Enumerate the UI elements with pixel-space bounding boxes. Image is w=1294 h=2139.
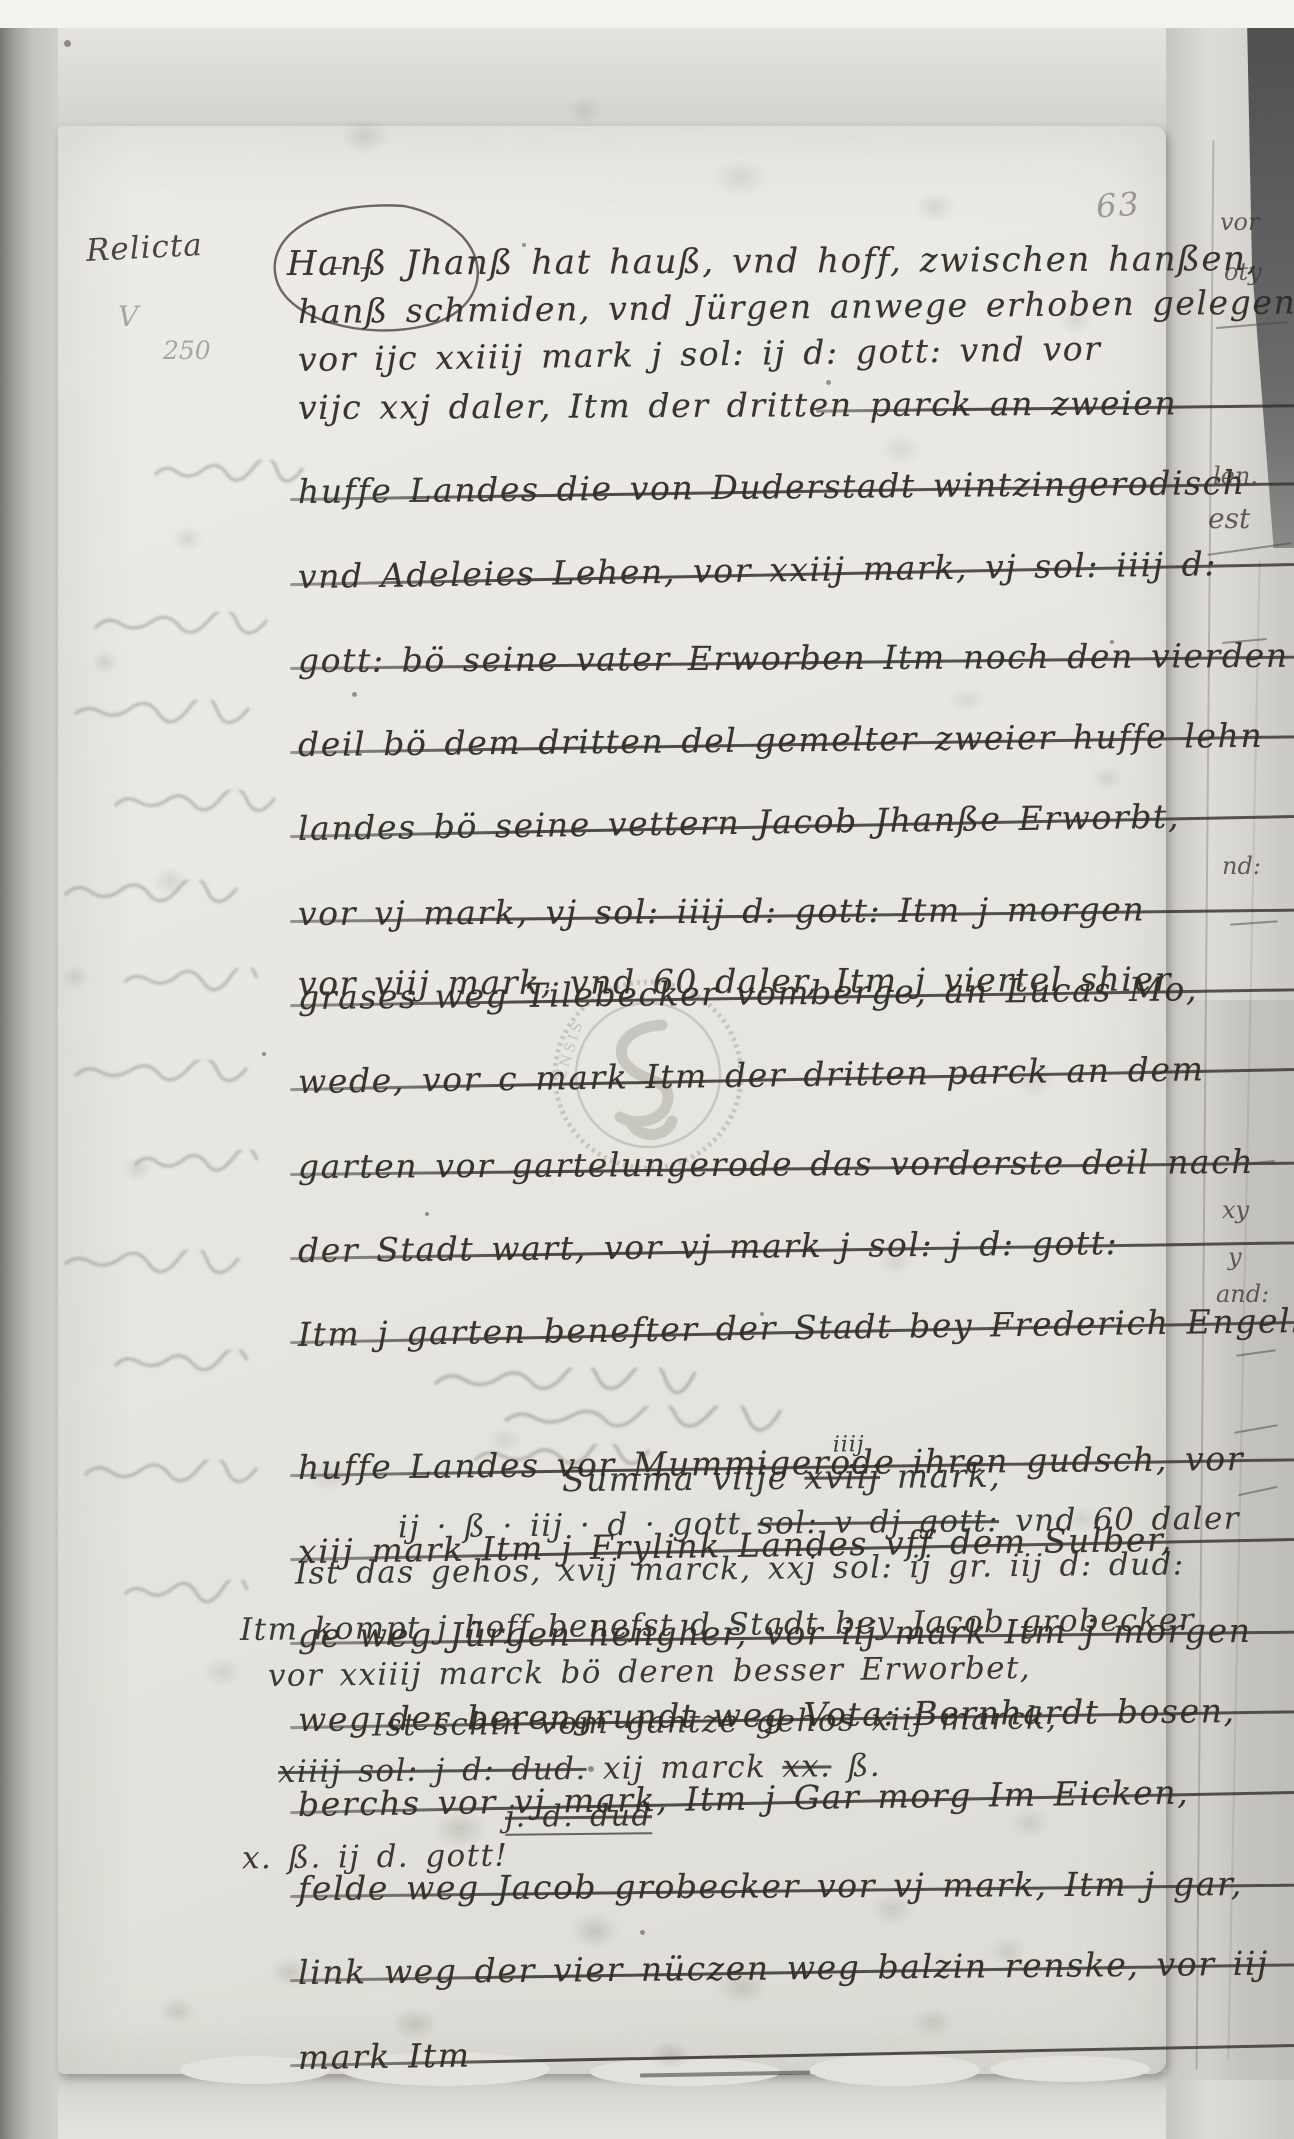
page-fragment: and:: [1216, 1280, 1269, 1308]
final-struck-line: j. d. dud: [505, 1799, 652, 1836]
manuscript-line: wede, vor c mark Itm der dritten parck a…: [298, 1046, 1294, 1100]
page-fragment: xy: [1222, 1196, 1249, 1224]
manuscript-line: vor viij mark, vnd 60 daler, Itm j viert…: [298, 961, 1172, 1002]
manuscript-line: vor vj mark, vj sol: iiij d: gott: Itm j…: [298, 889, 1294, 932]
page-fragment: est: [1208, 502, 1250, 535]
page-fragment: nd:: [1222, 852, 1261, 880]
manuscript-line: gott: bö seine vater Erworben Itm noch d…: [298, 636, 1294, 679]
manuscript-line: mark Itm: [298, 2022, 1294, 2076]
manuscript-line: vnd Adeleies Lehen, vor xxiij mark, vj s…: [298, 541, 1294, 595]
summa-prefix: Summa viijc: [562, 1458, 788, 1499]
page-fragment: len.: [1213, 462, 1258, 490]
summa-suffix: mark,: [897, 1456, 1002, 1496]
manuscript-line: vor ijc xxiiij mark j sol: ij d: gott: v…: [298, 331, 1102, 379]
manuscript-scan: ENSIS 63 Relicta – – V 250 Hanß Jhanß ha…: [0, 0, 1294, 2139]
final-sum-line: xiiij sol: j d: dud. xij marck xx. ß.: [278, 1749, 881, 1789]
summa2-suffix: vnd 60 daler: [1015, 1501, 1240, 1539]
final-struck-2: xx.: [782, 1748, 831, 1785]
manuscript-line: Itm j garten benefter der Stadt bey Fred…: [298, 1299, 1294, 1353]
summa2-prefix: ij · ß · iij · d · gott: [398, 1506, 742, 1546]
manuscript-line: hanß schmiden, vnd Jürgen anwege erhoben…: [298, 284, 1294, 330]
reckoning-line: vor xxiiij marck bö deren besser Erworbe…: [268, 1651, 1031, 1693]
manuscript-line: der Stadt wart, vor vj mark j sol: j d: …: [298, 1221, 1294, 1270]
summa-line: Summa viijc iiij xviij mark,: [562, 1458, 1001, 1499]
summa-struck-value: xviij: [804, 1457, 880, 1497]
manuscript-line: garten vor gartelungerode das vorderste …: [298, 1142, 1294, 1185]
page-fragment: vor: [1220, 208, 1259, 236]
final-total-line: x. ß. ij d. gott!: [242, 1839, 509, 1876]
manuscript-line: vijc xxj daler, Itm der dritten parck an…: [298, 383, 1294, 426]
manuscript-line: landes bö seine vettern Jacob Jhanße Erw…: [298, 793, 1294, 847]
reckoning-line: Ist schin vom gantze gehos xiij marck,: [372, 1701, 1058, 1742]
manuscript-line: Hanß Jhanß hat hauß, vnd hoff, zwischen …: [287, 241, 1259, 283]
final-tail: ß.: [848, 1748, 882, 1784]
final-struck-1: xiiij sol: j d: dud.: [278, 1751, 587, 1790]
manuscript-line: huffe Landes die von Duderstadt wintzing…: [298, 462, 1294, 511]
final-mid: xij marck: [603, 1749, 767, 1787]
manuscript-line: deil bö dem dritten del gemelter zweier …: [298, 715, 1294, 764]
summa-correction-superscript: iiij: [833, 1433, 865, 1458]
page-fragment: y: [1228, 1243, 1242, 1271]
page-fragment: oty: [1224, 258, 1262, 286]
manuscript-line: link weg der vier nüczen weg balzin rens…: [298, 1943, 1294, 1992]
summa2-struck: sol: v dj gott:: [757, 1503, 999, 1542]
